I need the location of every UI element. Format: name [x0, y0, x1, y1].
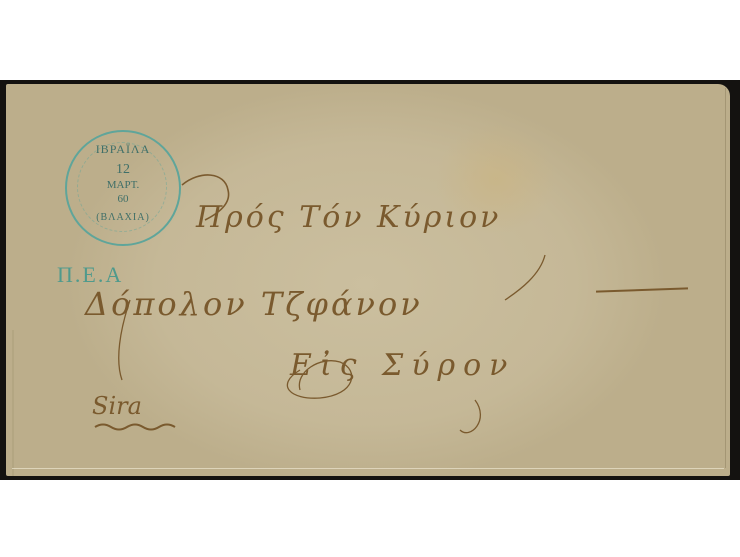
address-line-3: Εἰς Σύρον: [290, 348, 515, 383]
address-line-1: Πρός Τόν Κύριον: [196, 200, 501, 235]
address-line-2: Δόπολον Τζφάνον: [85, 285, 423, 323]
handwriting-flourishes: [0, 0, 740, 557]
destination-note: Sira: [92, 392, 142, 420]
